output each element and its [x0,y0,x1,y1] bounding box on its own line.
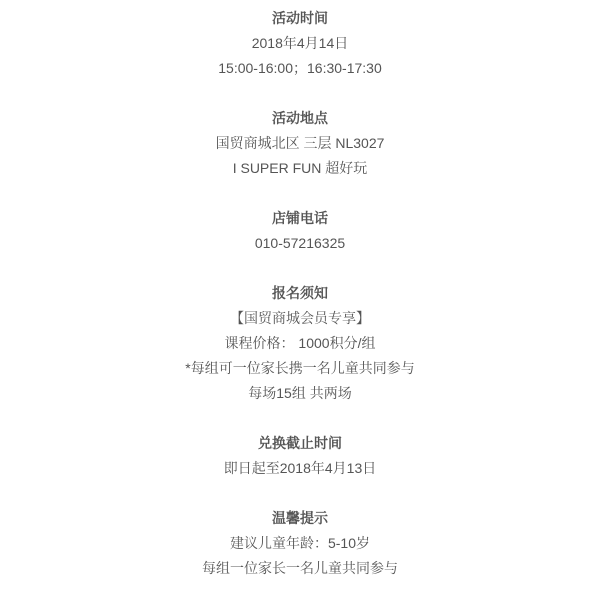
location-address: 国贸商城北区 三层 NL3027 [8,131,592,156]
group-rule-note: *每组可一位家长携一名儿童共同参与 [8,356,592,381]
deadline-date: 即日起至2018年4月13日 [8,456,592,481]
location-store-name: I SUPER FUN 超好玩 [8,156,592,181]
participation-rule: 每组一位家长一名儿童共同参与 [8,556,592,581]
section-redeem-deadline: 兑换截止时间 即日起至2018年4月13日 [8,431,592,481]
section-event-location: 活动地点 国贸商城北区 三层 NL3027 I SUPER FUN 超好玩 [8,106,592,181]
course-price: 课程价格： 1000积分/组 [8,331,592,356]
section-store-phone: 店铺电话 010-57216325 [8,206,592,256]
section-tips: 温馨提示 建议儿童年龄：5-10岁 每组一位家长一名儿童共同参与 [8,506,592,581]
session-capacity: 每场15组 共两场 [8,381,592,406]
section-heading: 活动地点 [8,106,592,131]
section-heading: 店铺电话 [8,206,592,231]
event-date: 2018年4月14日 [8,31,592,56]
member-exclusive-note: 【国贸商城会员专享】 [8,306,592,331]
recommended-age: 建议儿童年龄：5-10岁 [8,531,592,556]
section-heading: 兑换截止时间 [8,431,592,456]
section-registration-notes: 报名须知 【国贸商城会员专享】 课程价格： 1000积分/组 *每组可一位家长携… [8,281,592,406]
section-event-time: 活动时间 2018年4月14日 15:00-16:00；16:30-17:30 [8,6,592,81]
section-heading: 活动时间 [8,6,592,31]
section-heading: 温馨提示 [8,506,592,531]
event-time-slots: 15:00-16:00；16:30-17:30 [8,56,592,81]
event-details-page: 活动时间 2018年4月14日 15:00-16:00；16:30-17:30 … [0,0,592,581]
phone-number: 010-57216325 [8,231,592,256]
section-heading: 报名须知 [8,281,592,306]
